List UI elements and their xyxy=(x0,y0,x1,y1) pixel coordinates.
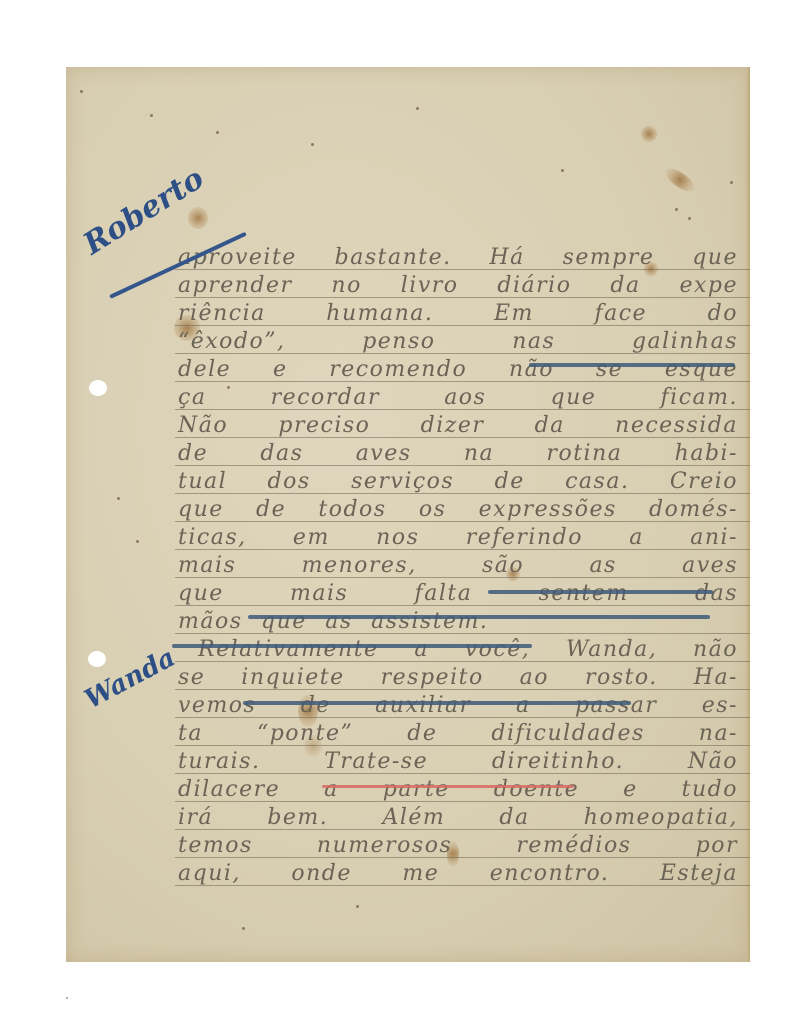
speck xyxy=(356,905,359,908)
text-line: de das aves na rotina habi- xyxy=(178,441,738,469)
speck xyxy=(416,107,419,110)
punch-hole-top xyxy=(89,380,107,396)
speck xyxy=(242,927,245,930)
text-line: irá bem. Além da homeopatia, xyxy=(178,805,738,833)
underline-maos-que-as-assistem xyxy=(172,644,532,648)
underline-respeito-ao-rosto xyxy=(243,701,631,705)
speck xyxy=(117,497,120,500)
speck xyxy=(136,540,139,543)
text-line: temos numerosos remédios por xyxy=(178,833,738,861)
speck xyxy=(216,131,219,134)
text-line: vemos de auxiliar a passar es- xyxy=(178,693,738,721)
speck xyxy=(66,997,68,999)
text-line: dele e recomendo não se esque xyxy=(178,357,738,385)
speck xyxy=(80,90,83,93)
text-line: “êxodo”, penso nas galinhas xyxy=(178,329,738,357)
speck xyxy=(311,143,314,146)
text-line: ticas, em nos referindo a ani- xyxy=(178,525,738,553)
stain xyxy=(662,165,698,196)
speck xyxy=(688,217,691,220)
text-line: mãos que as assistem. xyxy=(178,609,478,637)
text-line: mais menores, são as aves xyxy=(178,553,738,581)
text-line: turais. Trate-se direitinho. Não xyxy=(178,749,738,777)
underline-nas-galinhas xyxy=(529,363,735,367)
speck xyxy=(561,169,564,172)
underline-mais-falta-sentem xyxy=(248,615,710,619)
letter-page: aproveite bastante. Há sempre que aprend… xyxy=(66,67,750,962)
text-line: aprender no livro diário da expe xyxy=(178,273,738,301)
text-line: tual dos serviços de casa. Creio xyxy=(178,469,738,497)
text-line: riência humana. Em face do xyxy=(178,301,738,329)
underline-trate-se-direitinho xyxy=(322,785,574,788)
page-edge xyxy=(746,67,750,962)
speck xyxy=(675,208,678,211)
stain xyxy=(188,207,208,229)
underline-sao-as-aves xyxy=(488,590,713,594)
text-line: aqui, onde me encontro. Esteja xyxy=(178,861,738,889)
speck xyxy=(730,181,733,184)
text-line: se inquiete respeito ao rosto. Ha- xyxy=(178,665,738,693)
text-line: Não preciso dizer da necessida xyxy=(178,413,738,441)
text-line: dilacere a parte doente e tudo xyxy=(178,777,738,805)
stain xyxy=(641,126,657,142)
punch-hole-bottom xyxy=(88,651,106,667)
speck xyxy=(150,114,153,117)
text-line: ça recordar aos que ficam. xyxy=(178,385,738,413)
text-line: que mais falta sentem das xyxy=(178,581,738,609)
text-line: que de todos os expressões domés- xyxy=(178,497,738,525)
text-line: Relativamente a você, Wanda, não xyxy=(198,637,738,665)
text-line: aproveite bastante. Há sempre que xyxy=(178,245,738,273)
text-line: ta “ponte” de dificuldades na- xyxy=(178,721,738,749)
